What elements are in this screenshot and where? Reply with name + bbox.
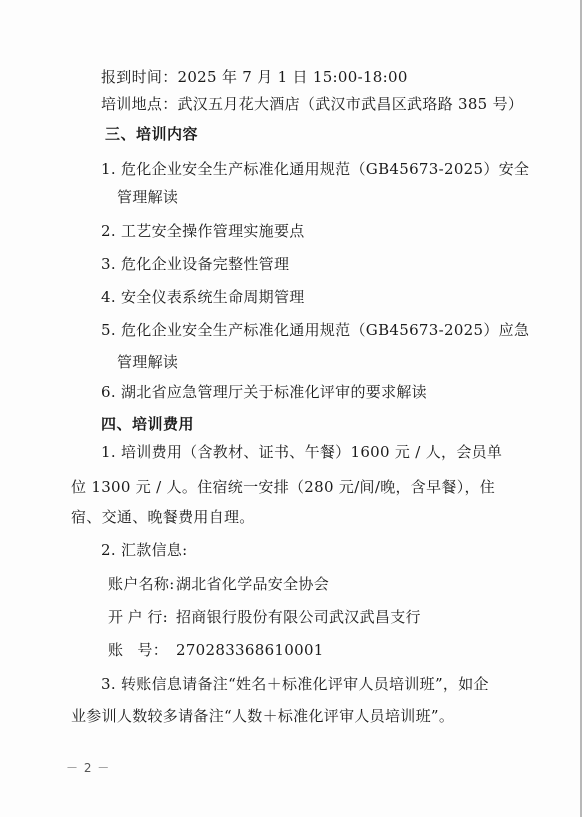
- content-item-2: 2. 工艺安全操作管理实施要点: [101, 222, 305, 240]
- content-item-5: 5. 危化企业安全生产标准化通用规范（GB45673-2025）应急: [101, 321, 529, 339]
- training-location: 培训地点：武汉五月花大酒店（武汉市武昌区武珞路 385 号）: [101, 95, 523, 113]
- account-name-label: 账户名称:: [108, 575, 176, 593]
- bank-row: 开 户 行: 招商银行股份有限公司武汉武昌支行: [108, 608, 421, 626]
- account-number-value: 270283368610001: [176, 641, 324, 659]
- page-number: － 2 －: [66, 759, 110, 776]
- bank-label: 开 户 行:: [108, 608, 168, 626]
- account-number-row: 账 号： 270283368610001: [108, 641, 324, 659]
- account-name-value: 湖北省化学品安全协会: [176, 575, 329, 593]
- content-item-1: 1. 危化企业安全生产标准化通用规范（GB45673-2025）安全: [101, 160, 529, 178]
- bank-value: 招商银行股份有限公司武汉武昌支行: [176, 608, 421, 626]
- section-heading-training-content: 三、培训内容: [105, 125, 198, 143]
- content-item-4: 4. 安全仪表系统生命周期管理: [101, 288, 305, 306]
- account-number-label: 账 号：: [108, 641, 168, 659]
- document-page: 报到时间：2025 年 7 月 1 日 15:00-18:00 培训地点：武汉五…: [0, 0, 582, 817]
- content-item-1-continuation: 管理解读: [117, 188, 178, 206]
- fee-paragraph-line-2: 位 1300 元 / 人。住宿统一安排（280 元/间/晚，含早餐），住: [71, 478, 495, 496]
- remittance-title: 2. 汇款信息:: [101, 541, 188, 559]
- fee-paragraph-line-3: 宿、交通、晚餐费用自理。: [71, 508, 255, 526]
- account-name-row: 账户名称:湖北省化学品安全协会: [108, 575, 329, 593]
- fee-paragraph-line-1: 1. 培训费用（含教材、证书、午餐）1600 元 / 人，会员单: [101, 443, 502, 461]
- transfer-note-line-1: 3. 转账信息请备注“姓名＋标准化评审人员培训班”，如企: [101, 675, 489, 693]
- transfer-note-line-2: 业参训人数较多请备注“人数＋标准化评审人员培训班”。: [71, 707, 454, 725]
- content-item-6: 6. 湖北省应急管理厅关于标准化评审的要求解读: [101, 383, 427, 401]
- content-item-3: 3. 危化企业设备完整性管理: [101, 255, 289, 273]
- content-item-5-continuation: 管理解读: [117, 353, 178, 371]
- registration-time: 报到时间：2025 年 7 月 1 日 15:00-18:00: [101, 68, 408, 86]
- section-heading-training-fees: 四、培训费用: [101, 415, 194, 433]
